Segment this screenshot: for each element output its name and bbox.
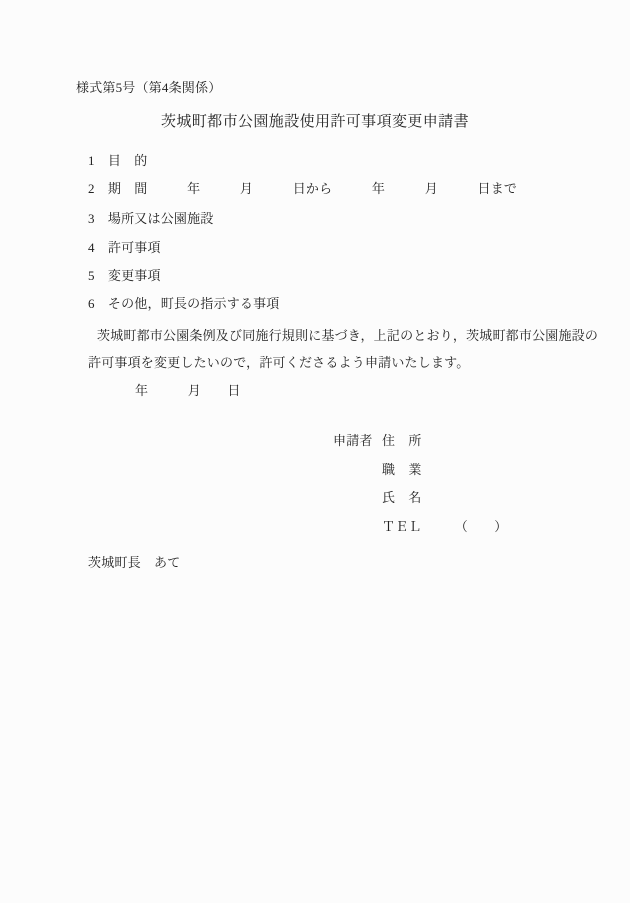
- item-place-or-facility: 3 場所又は公園施設: [88, 212, 214, 227]
- form-number: 様式第5号（第4条関係）: [76, 81, 221, 96]
- item-other-mayor-instructions: 6 その他，町長の指示する事項: [88, 297, 280, 312]
- item-permitted-matters: 4 許可事項: [88, 241, 161, 256]
- applicant-field-name: 氏 名: [382, 491, 422, 506]
- body-paragraph-line-2: 許可事項を変更したいので，許可くださるよう申請いたします。: [88, 356, 470, 371]
- applicant-label: 申請者: [333, 434, 373, 449]
- applicant-field-tel: ＴＥＬ （ ）: [382, 520, 508, 535]
- document-title: 茨城町都市公園施設使用許可事項変更申請書: [0, 114, 630, 131]
- addressee-line: 茨城町長 あて: [88, 556, 180, 571]
- item-changed-matters: 5 変更事項: [88, 269, 161, 284]
- applicant-field-address: 住 所: [382, 434, 422, 449]
- applicant-field-occupation: 職 業: [382, 463, 422, 478]
- date-blank-line: 年 月 日: [135, 384, 241, 399]
- item-purpose: 1 目 的: [88, 154, 148, 169]
- item-period: 2 期 間 年 月 日から 年 月 日まで: [88, 182, 517, 197]
- body-paragraph-line-1: 茨城町都市公園条例及び同施行規則に基づき，上記のとおり，茨城町都市公園施設の: [97, 329, 598, 344]
- document-page: 様式第5号（第4条関係） 茨城町都市公園施設使用許可事項変更申請書 1 目 的 …: [0, 0, 630, 903]
